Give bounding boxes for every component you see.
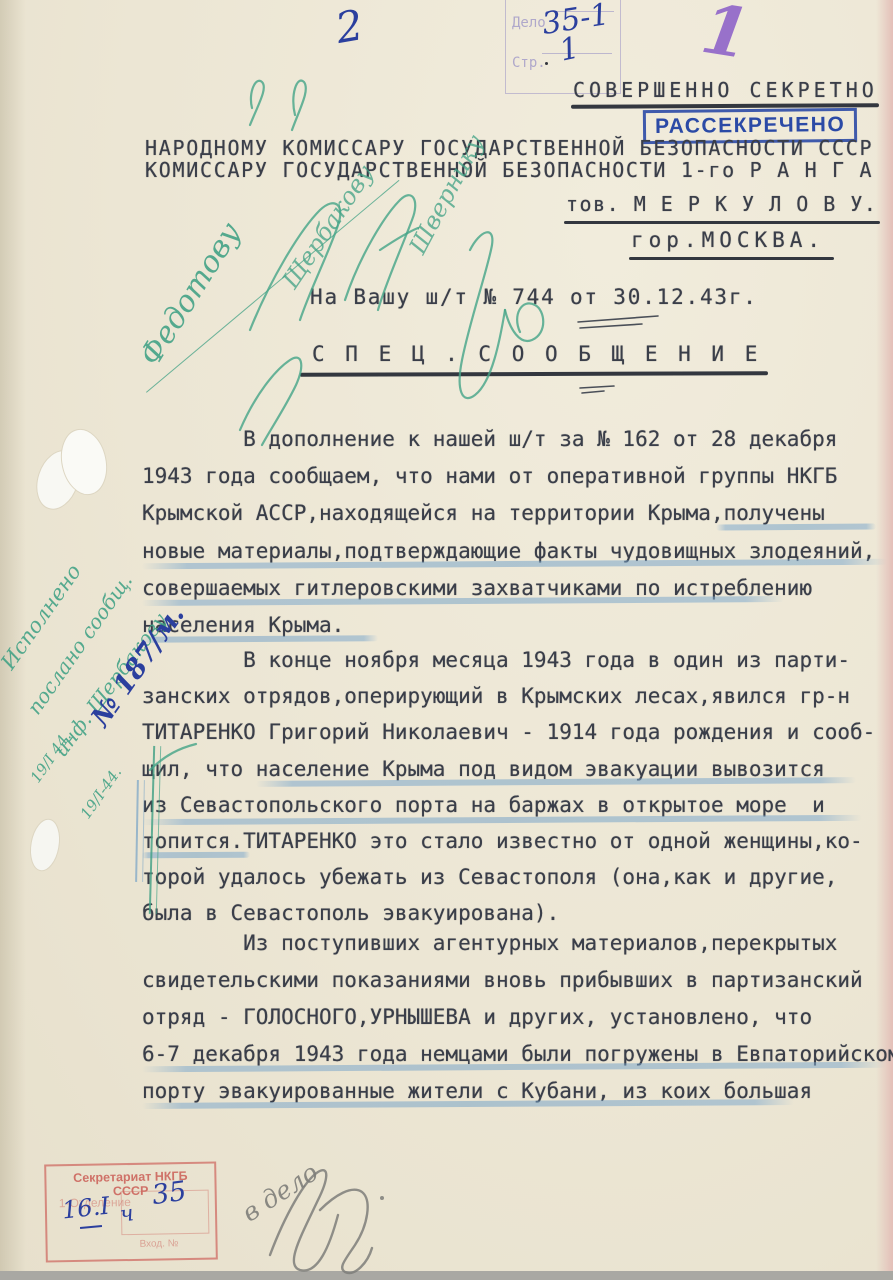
stamp-inbox-label: Вход. № (139, 1238, 178, 1250)
reference-line: На Вашу ш/т № 744 от 30.12.43г. (310, 285, 758, 309)
addressee-underline (564, 221, 880, 224)
title-underline (300, 371, 768, 377)
scan-bottom-edge (0, 1271, 893, 1280)
stamp-handwritten-date: 16.I (61, 1192, 111, 1225)
paragraph-3: Из поступивших агентурных материалов,пер… (142, 925, 890, 1110)
header-line-2: КОМИССАРУ ГОСУДАРСТВЕННОЙ БЕЗОПАСНОСТИ 1… (145, 158, 873, 182)
city-line: гор.МОСКВА. (631, 228, 825, 252)
handwritten-page-number-blue: 2 (332, 0, 367, 53)
pencil-underline (716, 524, 876, 531)
text-line: свидетельскими показаниями вновь прибывш… (142, 962, 890, 999)
classification-heading: СОВЕРШЕННО СЕКРЕТНО (573, 78, 878, 102)
str-label: Стр. (512, 55, 546, 71)
document-title: С П Е Ц . С О О Б Щ Е Н И Е (312, 342, 761, 366)
header-line-1: НАРОДНОМУ КОМИССАРУ ГОСУДАРСТВЕННОЙ БЕЗО… (145, 136, 873, 160)
addressee-line: тов. М Е Р К У Л О В У. (566, 192, 877, 216)
text-line: В конце ноября месяца 1943 года в один и… (142, 642, 890, 678)
city-underline (629, 257, 834, 260)
paragraph-2: В конце ноября месяца 1943 года в один и… (142, 642, 890, 932)
ink-dot (545, 62, 548, 65)
text-line: ТИТАРЕНКО Григорий Николаевич - 1914 год… (142, 714, 890, 750)
text-line: отряд - ГОЛОСНОГО,УРНЫШЕВА и других, уст… (142, 999, 890, 1036)
text-line: Из поступивших агентурных материалов,пер… (142, 925, 890, 962)
scanned-document-page: 2 Дело Стр. 35-1 1 1 СОВЕРШЕННО СЕКРЕТНО… (0, 0, 893, 1280)
text-line: 1943 года сообщаем, что нами от оператив… (142, 458, 890, 495)
pencil-note: в дело (237, 1157, 323, 1227)
text-line: торой удалось убежать из Севастополя (он… (142, 859, 890, 895)
paragraph-1: В дополнение к нашей ш/т за № 162 от 28 … (142, 421, 890, 644)
text-line: В дополнение к нашей ш/т за № 162 от 28 … (142, 421, 890, 458)
text-line: топится.ТИТАРЕНКО это стало известно от … (142, 823, 890, 859)
text-line: занских отрядов,оперирующий в Крымских л… (142, 678, 890, 714)
handwritten-page-number-purple: 1 (696, 0, 755, 75)
routing-note-name: Федотову (133, 217, 248, 372)
stamp-handwritten-number: 35 (150, 1176, 188, 1211)
margin-date: 19/I-44. (77, 764, 126, 823)
